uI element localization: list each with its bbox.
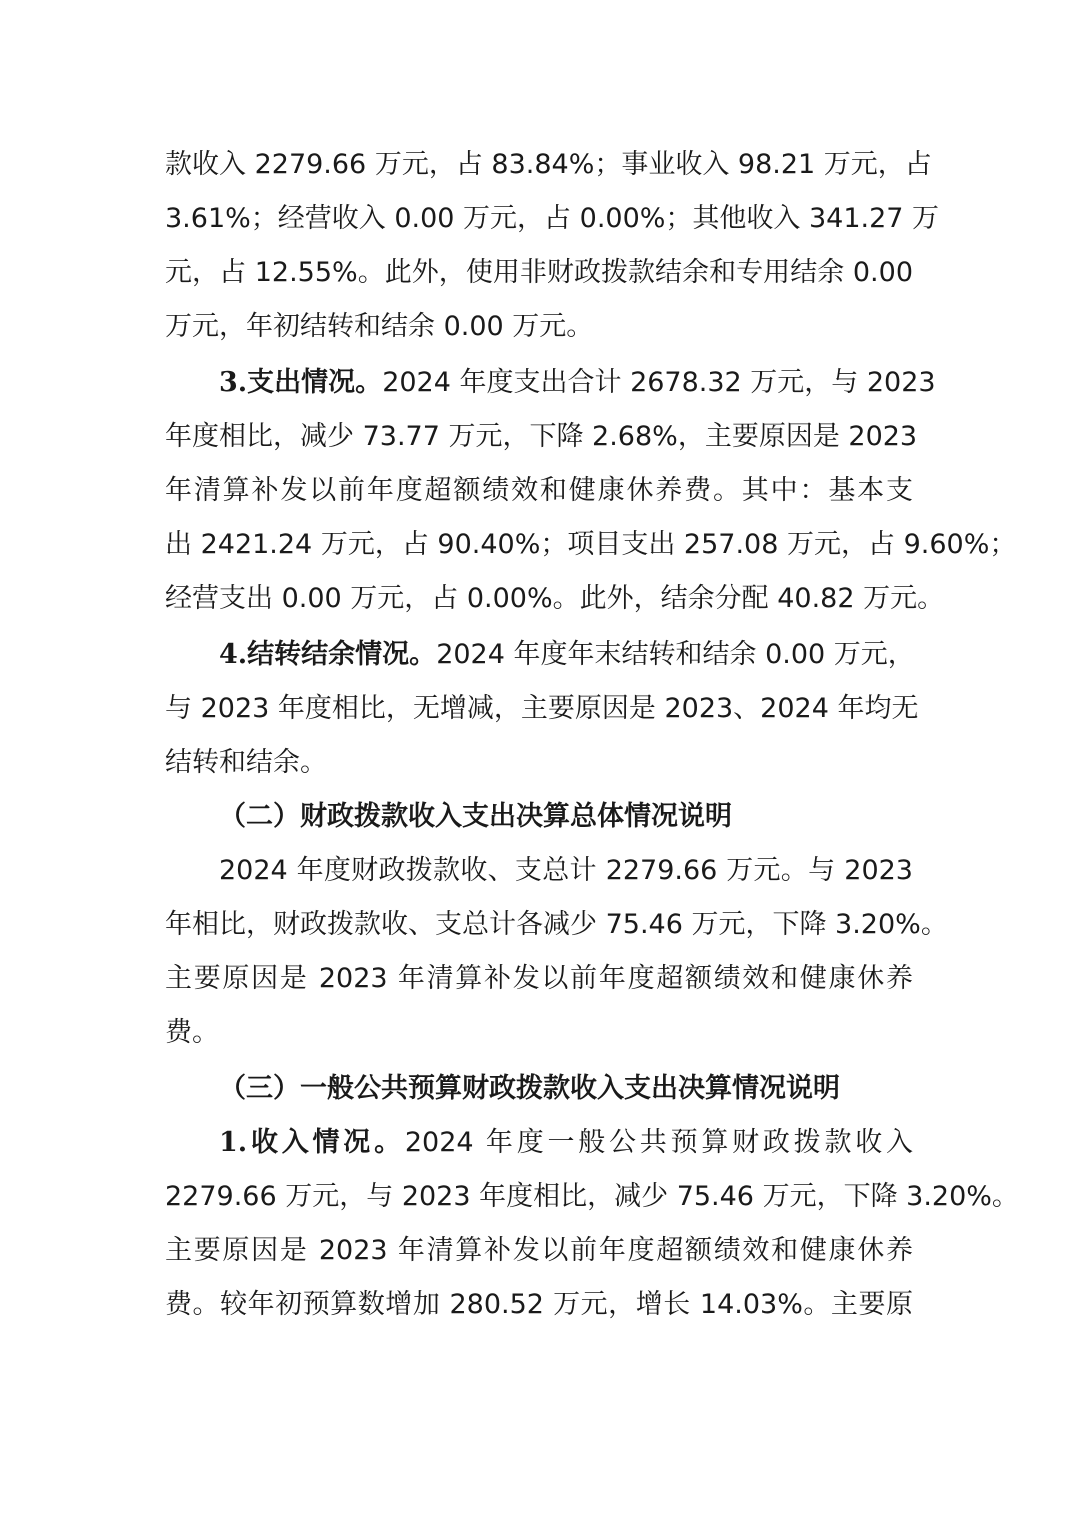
text-line: 年清算补发以前年度超额绩效和健康休养费。其中：基本支 bbox=[165, 464, 913, 518]
text-line: 结转和结余。 bbox=[165, 736, 913, 790]
text-line: 出 2421.24 万元，占 90.40%；项目支出 257.08 万元，占 9… bbox=[165, 518, 913, 572]
text-span: 2024 年度一般公共预算财政拨款收入 bbox=[405, 1127, 913, 1158]
paragraph-lead: 3.支出情况。 bbox=[219, 367, 382, 398]
text-line: 3.61%；经营收入 0.00 万元，占 0.00%；其他收入 341.27 万 bbox=[165, 192, 913, 246]
paragraph-general-income-first-line: 1.收入情况。2024 年度一般公共预算财政拨款收入 bbox=[165, 1116, 913, 1170]
text-span: 2024 年度年末结转和结余 0.00 万元， bbox=[436, 639, 915, 670]
paragraph-lead: 4.结转结余情况。 bbox=[219, 639, 436, 670]
text-span: 2024 年度支出合计 2678.32 万元，与 2023 bbox=[382, 367, 935, 398]
text-line: 元，占 12.55%。此外，使用非财政拨款结余和专用结余 0.00 bbox=[165, 246, 913, 300]
text-line: 费。较年初预算数增加 280.52 万元，增长 14.03%。主要原 bbox=[165, 1278, 913, 1332]
text-line: 年度相比，减少 73.77 万元，下降 2.68%，主要原因是 2023 bbox=[165, 410, 913, 464]
text-line: 主要原因是 2023 年清算补发以前年度超额绩效和健康休养 bbox=[165, 952, 913, 1006]
section-heading-3: （三）一般公共预算财政拨款收入支出决算情况说明 bbox=[219, 1062, 840, 1116]
paragraph-lead: 1.收入情况。 bbox=[219, 1127, 405, 1158]
text-line: 经营支出 0.00 万元，占 0.00%。此外，结余分配 40.82 万元。 bbox=[165, 572, 913, 626]
section-heading-2: （二）财政拨款收入支出决算总体情况说明 bbox=[219, 790, 732, 844]
paragraph-expense-first-line: 3.支出情况。2024 年度支出合计 2678.32 万元，与 2023 bbox=[165, 356, 913, 410]
text-line: 与 2023 年度相比，无增减，主要原因是 2023、2024 年均无 bbox=[165, 682, 913, 736]
text-line: 万元，年初结转和结余 0.00 万元。 bbox=[165, 300, 913, 354]
paragraph-carryover-first-line: 4.结转结余情况。2024 年度年末结转和结余 0.00 万元， bbox=[165, 628, 913, 682]
text-line: 款收入 2279.66 万元，占 83.84%；事业收入 98.21 万元，占 bbox=[165, 138, 913, 192]
text-line: 2279.66 万元，与 2023 年度相比，减少 75.46 万元，下降 3.… bbox=[165, 1170, 913, 1224]
text-line: 主要原因是 2023 年清算补发以前年度超额绩效和健康休养 bbox=[165, 1224, 913, 1278]
text-line: 2024 年度财政拨款收、支总计 2279.66 万元。与 2023 bbox=[165, 844, 913, 898]
text-line: 费。 bbox=[165, 1006, 913, 1060]
text-line: 年相比，财政拨款收、支总计各减少 75.46 万元，下降 3.20%。 bbox=[165, 898, 913, 952]
